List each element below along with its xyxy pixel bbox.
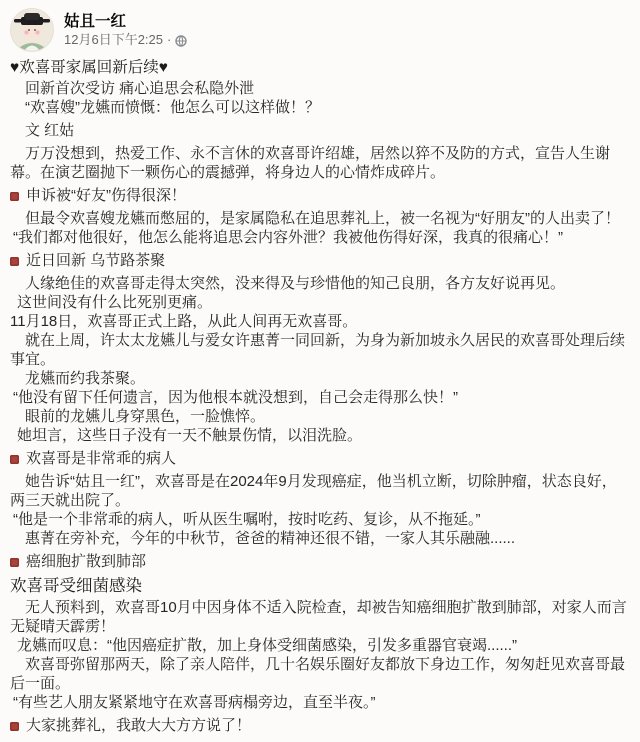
paragraph: 近日回新 乌节路茶聚	[10, 251, 630, 270]
paragraph: 龙嬿而约我茶聚。	[10, 369, 630, 388]
paragraph-text: 11月18日，欢喜哥正式上路，从此人间再无欢喜哥。	[10, 313, 357, 330]
author-name[interactable]: 姑且一红	[64, 12, 187, 31]
paragraph-text: “他是一个非常乖的病人，听从医生嘱咐，按时吃药、复诊，从不拖延。”	[13, 511, 481, 528]
paragraph: “我们都对他很好，他怎么能将追思会内容外泄？我被他伤得好深，我真的很痛心！”	[13, 228, 630, 247]
paragraph-text: 近日回新 乌节路茶聚	[26, 251, 165, 270]
paragraph-text: 欢喜哥弥留那两天，除了亲人陪伴，几十名娱乐圈好友都放下身边工作，匆匆赶见欢喜哥最…	[10, 656, 625, 692]
post-body: 回新首次受访 痛心追思会私隐外泄 “欢喜嫂”龙嬿而愤慨：他怎么可以这样做！？ 文…	[10, 79, 630, 735]
paragraph: 癌细胞扩散到肺部	[10, 552, 630, 571]
avatar[interactable]	[10, 8, 54, 52]
paragraph-text: 眼前的龙嬿儿身穿黑色，一脸憔悴。	[25, 408, 265, 425]
paragraph: 但最令欢喜嫂龙嬿而憋屈的，是家属隐私在追思葬礼上，被一名视为“好朋友”的人出卖了…	[10, 209, 630, 228]
red-bullet-icon	[10, 455, 19, 464]
paragraph: 11月18日，欢喜哥正式上路，从此人间再无欢喜哥。	[10, 312, 630, 331]
paragraph: 惠菁在旁补充，今年的中秋节，爸爸的精神还很不错，一家人其乐融融......	[10, 529, 630, 548]
paragraph-text: “有些艺人朋友紧紧地守在欢喜哥病榻旁边，直至半夜。”	[13, 694, 376, 711]
paragraph: “欢喜嫂”龙嬿而愤慨：他怎么可以这样做！？	[25, 98, 630, 117]
cartoon-avatar-image	[11, 9, 53, 51]
paragraph: 欢喜哥受细菌感染	[10, 575, 630, 598]
paragraph-text: “欢喜嫂”龙嬿而愤慨：他怎么可以这样做！？	[25, 99, 320, 116]
paragraph-text: 她坦言，这些日子没有一天不触景伤情，以泪洗脸。	[17, 427, 362, 444]
paragraph: 眼前的龙嬿儿身穿黑色，一脸憔悴。	[10, 407, 630, 426]
paragraph: 回新首次受访 痛心追思会私隐外泄	[25, 79, 630, 98]
paragraph-text: 但最令欢喜嫂龙嬿而憋屈的，是家属隐私在追思葬礼上，被一名视为“好朋友”的人出卖了…	[25, 210, 620, 227]
red-bullet-icon	[10, 558, 19, 567]
red-bullet-icon	[10, 192, 19, 201]
paragraph-text: 欢喜哥受细菌感染	[10, 577, 142, 595]
paragraph: “他没有留下任何遗言，因为他根本就没想到，自己会走得那么快！”	[13, 388, 630, 407]
paragraph: 人缘绝佳的欢喜哥走得太突然，没来得及与珍惜他的知己良朋，各方友好说再见。	[10, 274, 630, 293]
post-timestamp[interactable]: 12月6日下午2:25	[64, 31, 163, 48]
post-title: ♥欢喜哥家属回新后续♥	[10, 58, 630, 77]
paragraph-text: “我们都对他很好，他怎么能将追思会内容外泄？我被他伤得好深，我真的很痛心！”	[13, 229, 563, 246]
paragraph-text: 就在上周，许太太龙嬿儿与爱女许惠菁一同回新，为身为新加坡永久居民的欢喜哥处理后续…	[10, 332, 625, 368]
paragraph: 这世间没有什么比死别更痛。	[17, 293, 630, 312]
paragraph-text: 惠菁在旁补充，今年的中秋节，爸爸的精神还很不错，一家人其乐融融......	[25, 530, 515, 547]
paragraph-text: 无人预料到，欢喜哥10月中因身体不适入院检查，却被告知癌细胞扩散到肺部，对家人而…	[10, 599, 627, 635]
paragraph-text: 欢喜哥是非常乖的病人	[26, 449, 176, 468]
dot-separator: ·	[167, 31, 171, 48]
paragraph: 文 红姑	[25, 121, 630, 140]
paragraph: 万万没想到，热爱工作、永不言休的欢喜哥许绍雄，居然以猝不及防的方式，宣告人生谢幕…	[10, 144, 630, 182]
paragraph: 无人预料到，欢喜哥10月中因身体不适入院检查，却被告知癌细胞扩散到肺部，对家人而…	[10, 598, 630, 636]
paragraph-text: “他没有留下任何遗言，因为他根本就没想到，自己会走得那么快！”	[13, 389, 458, 406]
paragraph: 她告诉“姑且一红”，欢喜哥是在2024年9月发现癌症，他当机立断，切除肿瘤，状态…	[10, 472, 630, 510]
red-bullet-icon	[10, 257, 19, 266]
paragraph-text: 她告诉“姑且一红”，欢喜哥是在2024年9月发现癌症，他当机立断，切除肿瘤，状态…	[10, 473, 617, 509]
paragraph-text: 文 红姑	[25, 122, 74, 139]
paragraph-text: 申诉被“好友”伤得很深！	[26, 186, 186, 205]
paragraph-text: 这世间没有什么比死别更痛。	[17, 294, 212, 311]
paragraph: 龙嬿而叹息：“他因癌症扩散，加上身体受细菌感染，引发多重器官衰竭......”	[17, 636, 630, 655]
paragraph-text: 大家挑葬礼，我敢大大方方说了！	[26, 716, 251, 735]
globe-privacy-icon	[175, 34, 187, 46]
paragraph-text: 回新首次受访 痛心追思会私隐外泄	[25, 80, 254, 97]
paragraph: 申诉被“好友”伤得很深！	[10, 186, 630, 205]
paragraph-text: 万万没想到，热爱工作、永不言休的欢喜哥许绍雄，居然以猝不及防的方式，宣告人生谢幕…	[10, 145, 610, 181]
red-bullet-icon	[10, 722, 19, 731]
paragraph-text: 癌细胞扩散到肺部	[26, 552, 146, 571]
paragraph: 她坦言，这些日子没有一天不触景伤情，以泪洗脸。	[17, 426, 630, 445]
paragraph: “他是一个非常乖的病人，听从医生嘱咐，按时吃药、复诊，从不拖延。”	[13, 510, 630, 529]
paragraph-text: 龙嬿而约我茶聚。	[25, 370, 145, 387]
paragraph-text: 人缘绝佳的欢喜哥走得太突然，没来得及与珍惜他的知己良朋，各方友好说再见。	[25, 275, 565, 292]
facebook-post: 姑且一红 12月6日下午2:25 · ♥欢喜哥家属回新后续♥ 回新首次受访 痛心…	[0, 0, 640, 735]
paragraph: 大家挑葬礼，我敢大大方方说了！	[10, 716, 630, 735]
paragraph: 就在上周，许太太龙嬿儿与爱女许惠菁一同回新，为身为新加坡永久居民的欢喜哥处理后续…	[10, 331, 630, 369]
paragraph-text: 龙嬿而叹息：“他因癌症扩散，加上身体受细菌感染，引发多重器官衰竭......”	[17, 637, 517, 654]
paragraph: 欢喜哥是非常乖的病人	[10, 449, 630, 468]
paragraph: 欢喜哥弥留那两天，除了亲人陪伴，几十名娱乐圈好友都放下身边工作，匆匆赶见欢喜哥最…	[10, 655, 630, 693]
post-header: 姑且一红 12月6日下午2:25 ·	[10, 4, 630, 52]
paragraph: “有些艺人朋友紧紧地守在欢喜哥病榻旁边，直至半夜。”	[13, 693, 630, 712]
